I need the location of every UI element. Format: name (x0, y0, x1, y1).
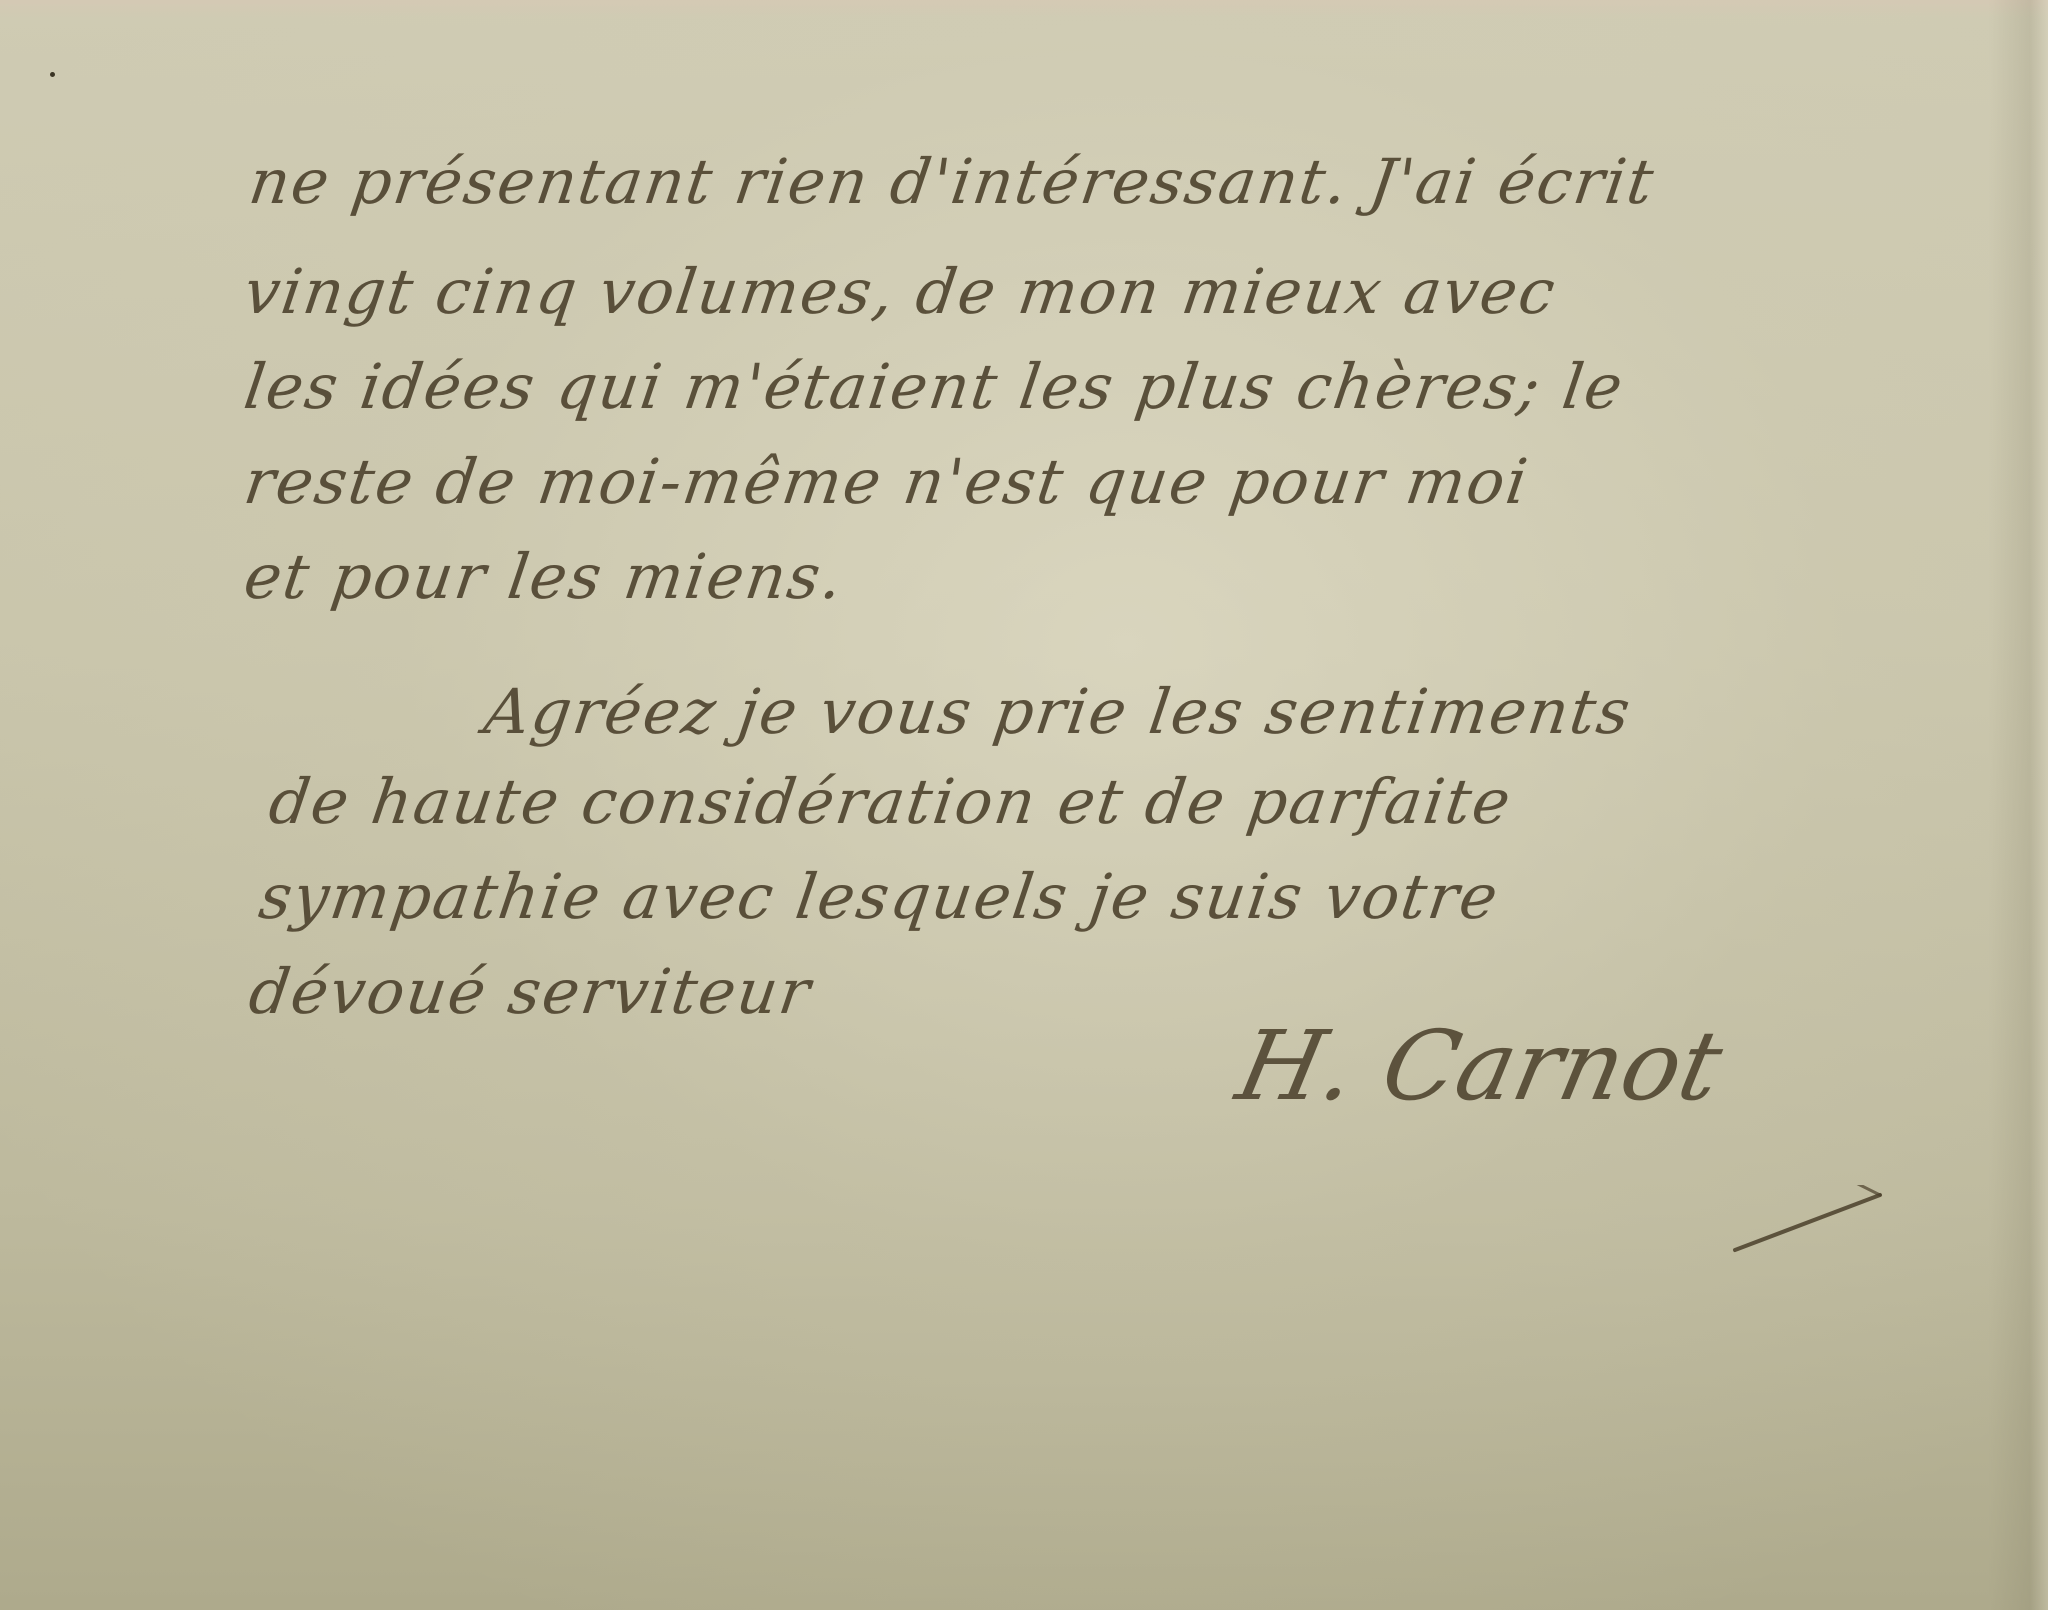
body-line-1: ne présentant rien d'intéressant. J'ai é… (245, 145, 1660, 218)
body-line-2: vingt cinq volumes, de mon mieux avec (240, 255, 1561, 328)
signature: H. Carnot (1228, 1010, 1731, 1122)
body-line-5: et pour les miens. (240, 540, 849, 613)
letter-page: ne présentant rien d'intéressant. J'ai é… (0, 0, 2048, 1610)
closing-line-4: dévoué serviteur (245, 955, 817, 1028)
closing-line-1: Agréez je vous prie les sentiments (480, 675, 1636, 748)
signature-flourish (1730, 1185, 1890, 1255)
body-line-4: reste de moi-même n'est que pour moi (240, 445, 1534, 518)
ink-speck (50, 72, 55, 77)
body-line-3: les idées qui m'étaient les plus chères;… (240, 350, 1629, 423)
closing-line-3: sympathie avec lesquels je suis votre (255, 860, 1504, 933)
closing-line-2: de haute considération et de parfaite (265, 765, 1517, 838)
